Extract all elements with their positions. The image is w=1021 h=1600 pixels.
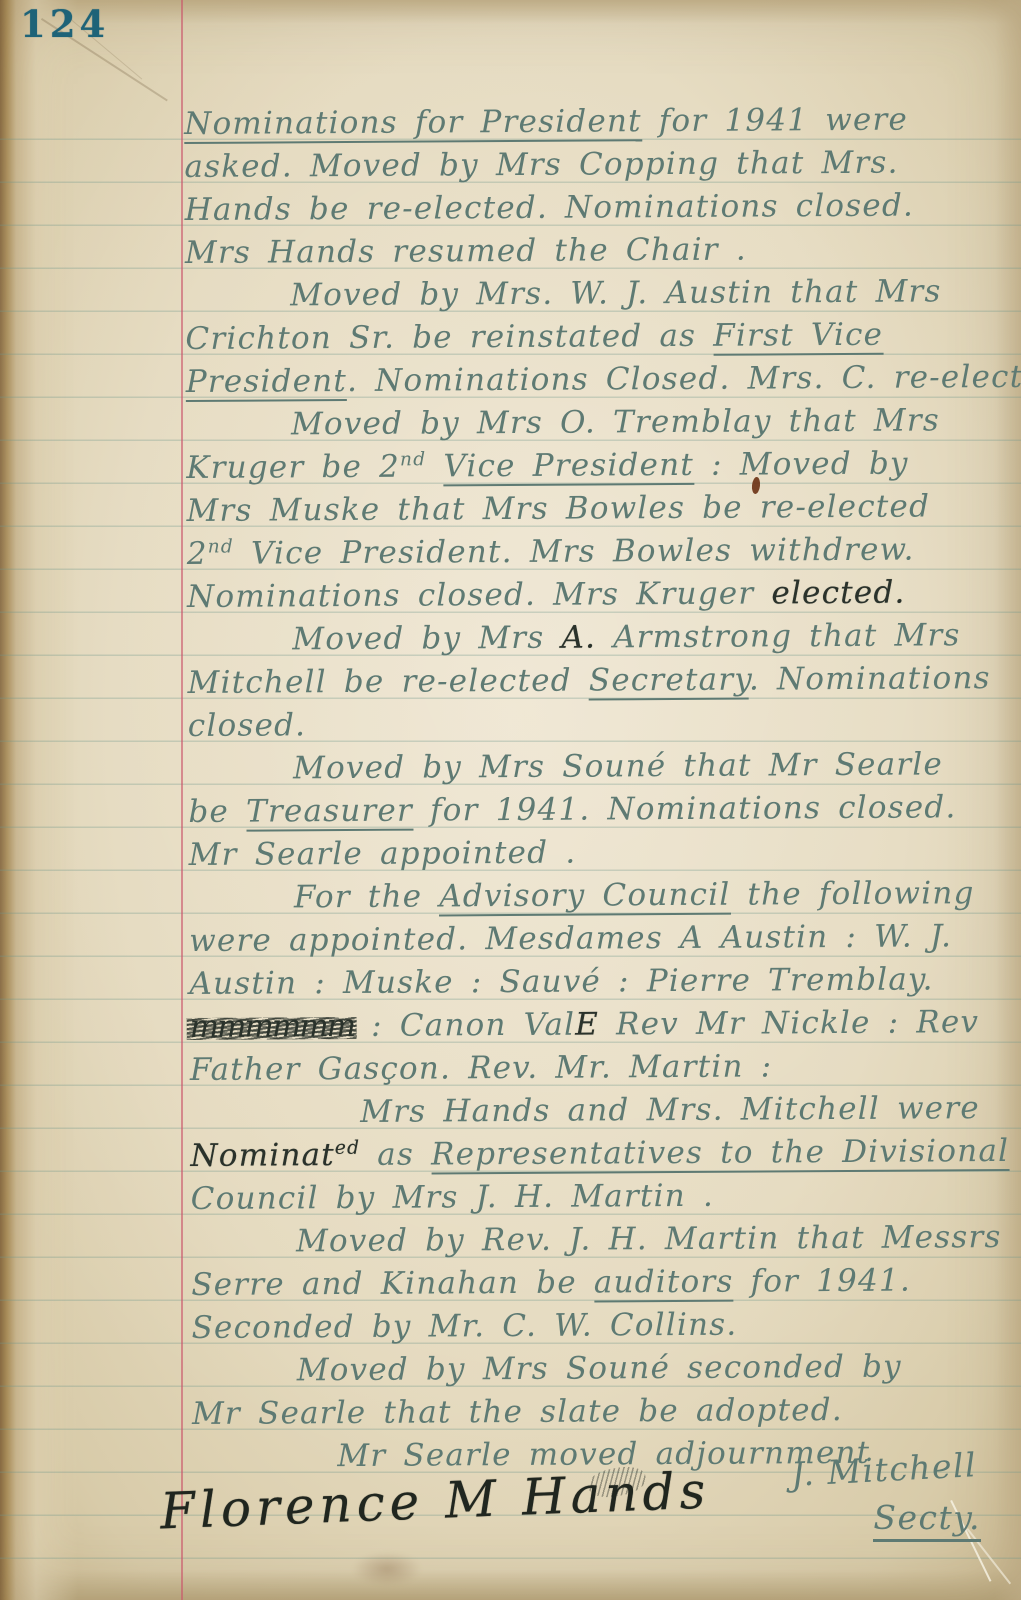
manuscript-segment: were appointed. Mesdames A Austin : W. J…: [189, 918, 952, 959]
paper-smudge: [352, 1552, 422, 1586]
manuscript-line: Nominations closed. Mrs Kruger elected.: [187, 572, 1017, 620]
manuscript-line: Mrs Hands and Mrs. Mitchell were: [190, 1088, 1020, 1136]
manuscript-segment: Treasurer: [246, 793, 413, 832]
manuscript-line: Kruger be 2nd Vice President : Moved by: [186, 443, 1016, 491]
manuscript-segment: Father Gasçon. Rev. Mr. Martin :: [190, 1048, 773, 1088]
minute-book-page: 124 Nominations for President for 1941 w…: [0, 0, 1021, 1600]
manuscript-segment: Kruger be 2: [186, 449, 400, 486]
manuscript-line: Austin : Muske : Sauvé : Pierre Tremblay…: [189, 959, 1019, 1007]
manuscript-line: asked. Moved by Mrs Copping that Mrs.: [184, 142, 1014, 190]
manuscript-segment: Moved by Mrs Souné seconded by: [297, 1349, 902, 1389]
secretary-title-text: Secty.: [873, 1498, 981, 1542]
manuscript-segment: Austin : Muske : Sauvé : Pierre Tremblay…: [189, 961, 933, 1002]
manuscript-segment: 2: [187, 536, 208, 572]
manuscript-segment: E: [575, 1006, 599, 1042]
manuscript-segment: nd: [400, 449, 426, 470]
manuscript-segment: Mrs Muske that Mrs Bowles be re-elected: [186, 488, 930, 529]
manuscript-line: Serre and Kinahan be auditors for 1941.: [191, 1260, 1021, 1308]
manuscript-line: Crichton Sr. be reinstated as First Vice: [185, 314, 1015, 362]
manuscript-segment: A.: [561, 619, 596, 655]
manuscript-segment: mmmmmm: [190, 1008, 355, 1045]
manuscript-segment: Crichton Sr. be reinstated as: [185, 318, 713, 357]
manuscript-segment: the following: [730, 875, 974, 912]
manuscript-segment: Mitchell be re-elected: [187, 663, 588, 701]
manuscript-segment: Council by Mrs J. H. Martin .: [191, 1178, 714, 1217]
manuscript-line: Moved by Mrs. W. J. Austin that Mrs: [185, 271, 1015, 319]
manuscript-segment: Advisory Council: [439, 877, 730, 917]
manuscript-segment: Nominations for President: [184, 103, 642, 144]
manuscript-segment: Moved by Mrs O. Tremblay that Mrs: [291, 402, 940, 442]
manuscript-line: Mr Searle that the slate be adopted.: [192, 1389, 1021, 1437]
manuscript-segment: for 1941. Nominations closed.: [413, 789, 957, 828]
manuscript-segment: asked. Moved by Mrs Copping that Mrs.: [184, 145, 898, 185]
manuscript-segment: Moved by Mrs. W. J. Austin that Mrs: [290, 273, 942, 313]
manuscript-line: Mr Searle appointed .: [189, 830, 1019, 878]
manuscript-segment: nd: [208, 536, 234, 557]
manuscript-line: Moved by Rev. J. H. Martin that Messrs: [191, 1217, 1021, 1265]
manuscript-segment: Seconded by Mr. C. W. Collins.: [191, 1307, 737, 1346]
manuscript-segment: First Vice: [713, 317, 883, 356]
manuscript-line: 2nd Vice President. Mrs Bowles withdrew.: [187, 529, 1017, 577]
manuscript-segment: President: [186, 363, 347, 402]
manuscript-segment: closed.: [188, 707, 307, 744]
manuscript-segment: for 1941 were: [642, 102, 908, 140]
manuscript-line: Seconded by Mr. C. W. Collins.: [191, 1303, 1021, 1351]
manuscript-line: For the Advisory Council the following: [189, 873, 1019, 921]
manuscript-segment: ed: [335, 1138, 360, 1159]
manuscript-segment: Mrs Hands and Mrs. Mitchell were: [360, 1090, 980, 1130]
red-margin-line: [181, 0, 183, 1600]
manuscript-line: Mrs Muske that Mrs Bowles be re-elected: [186, 486, 1016, 534]
manuscript-segment: auditors: [594, 1264, 734, 1303]
manuscript-segment: Serre and Kinahan be: [191, 1265, 594, 1303]
manuscript-segment: Mr Searle appointed .: [189, 835, 577, 873]
manuscript-line: Father Gasçon. Rev. Mr. Martin :: [190, 1045, 1020, 1093]
signature-mitchell: J. Mitchell: [790, 1445, 978, 1494]
manuscript-line: were appointed. Mesdames A Austin : W. J…: [189, 916, 1019, 964]
manuscript-segment: be: [188, 794, 246, 830]
manuscript-segment: Vice President: [443, 447, 694, 487]
manuscript-line: Hands be re-elected. Nominations closed.: [185, 185, 1015, 233]
manuscript-line: Mitchell be re-elected Secretary. Nomina…: [187, 658, 1017, 706]
manuscript-line: mmmmmm : Canon ValE Rev Mr Nickle : Rev: [190, 1002, 1020, 1050]
manuscript-segment: for 1941.: [733, 1263, 911, 1300]
manuscript-segment: Nominat: [190, 1137, 335, 1174]
manuscript-segment: Armstrong that Mrs: [596, 617, 961, 655]
manuscript-text: Nominations for President for 1941 werea…: [184, 90, 1021, 1480]
manuscript-segment: Moved by Mrs: [292, 620, 561, 658]
manuscript-segment: as: [360, 1137, 431, 1173]
manuscript-segment: Moved by Rev. J. H. Martin that Messrs: [296, 1219, 1002, 1259]
manuscript-line: Mrs Hands resumed the Chair .: [185, 228, 1015, 276]
manuscript-segment: Hands be re-elected. Nominations closed.: [185, 188, 915, 228]
manuscript-line: Moved by Mrs Souné that Mr Searle: [188, 744, 1018, 792]
manuscript-segment: . Nominations: [749, 660, 991, 697]
manuscript-segment: Rev Mr Nickle : Rev: [599, 1004, 979, 1042]
page-number: 124: [20, 2, 109, 46]
manuscript-segment: Moved by Mrs Souné that Mr Searle: [293, 746, 943, 786]
signature-secretary-title: Secty.: [873, 1498, 981, 1537]
manuscript-line: Council by Mrs J. H. Martin .: [191, 1174, 1021, 1222]
manuscript-segment: [426, 448, 443, 484]
manuscript-segment: Mrs Hands resumed the Chair .: [185, 232, 747, 271]
manuscript-line: Moved by Mrs O. Tremblay that Mrs: [186, 400, 1016, 448]
manuscript-line: Nominated as Representatives to the Divi…: [190, 1131, 1020, 1179]
manuscript-segment: : Moved by: [694, 446, 909, 483]
manuscript-segment: Nominations closed. Mrs Kruger: [187, 575, 772, 615]
manuscript-line: Moved by Mrs A. Armstrong that Mrs: [187, 615, 1017, 663]
manuscript-line: be Treasurer for 1941. Nominations close…: [188, 787, 1018, 835]
manuscript-segment: Vice President. Mrs Bowles withdrew.: [234, 532, 915, 572]
manuscript-line: Nominations for President for 1941 were: [184, 99, 1014, 147]
manuscript-line: Moved by Mrs Souné seconded by: [192, 1346, 1021, 1394]
manuscript-segment: : Canon Val: [354, 1007, 575, 1044]
manuscript-segment: . Nominations Closed. Mrs. C. re-elected…: [347, 359, 1021, 399]
manuscript-segment: Secretary: [589, 662, 749, 701]
manuscript-line: President. Nominations Closed. Mrs. C. r…: [186, 357, 1016, 405]
manuscript-segment: Representatives to the Divisional: [431, 1133, 1009, 1175]
manuscript-segment: Mr Searle that the slate be adopted.: [192, 1392, 843, 1432]
manuscript-line: closed.: [188, 701, 1018, 749]
manuscript-segment: elected.: [771, 575, 905, 612]
manuscript-segment: For the: [294, 878, 440, 915]
